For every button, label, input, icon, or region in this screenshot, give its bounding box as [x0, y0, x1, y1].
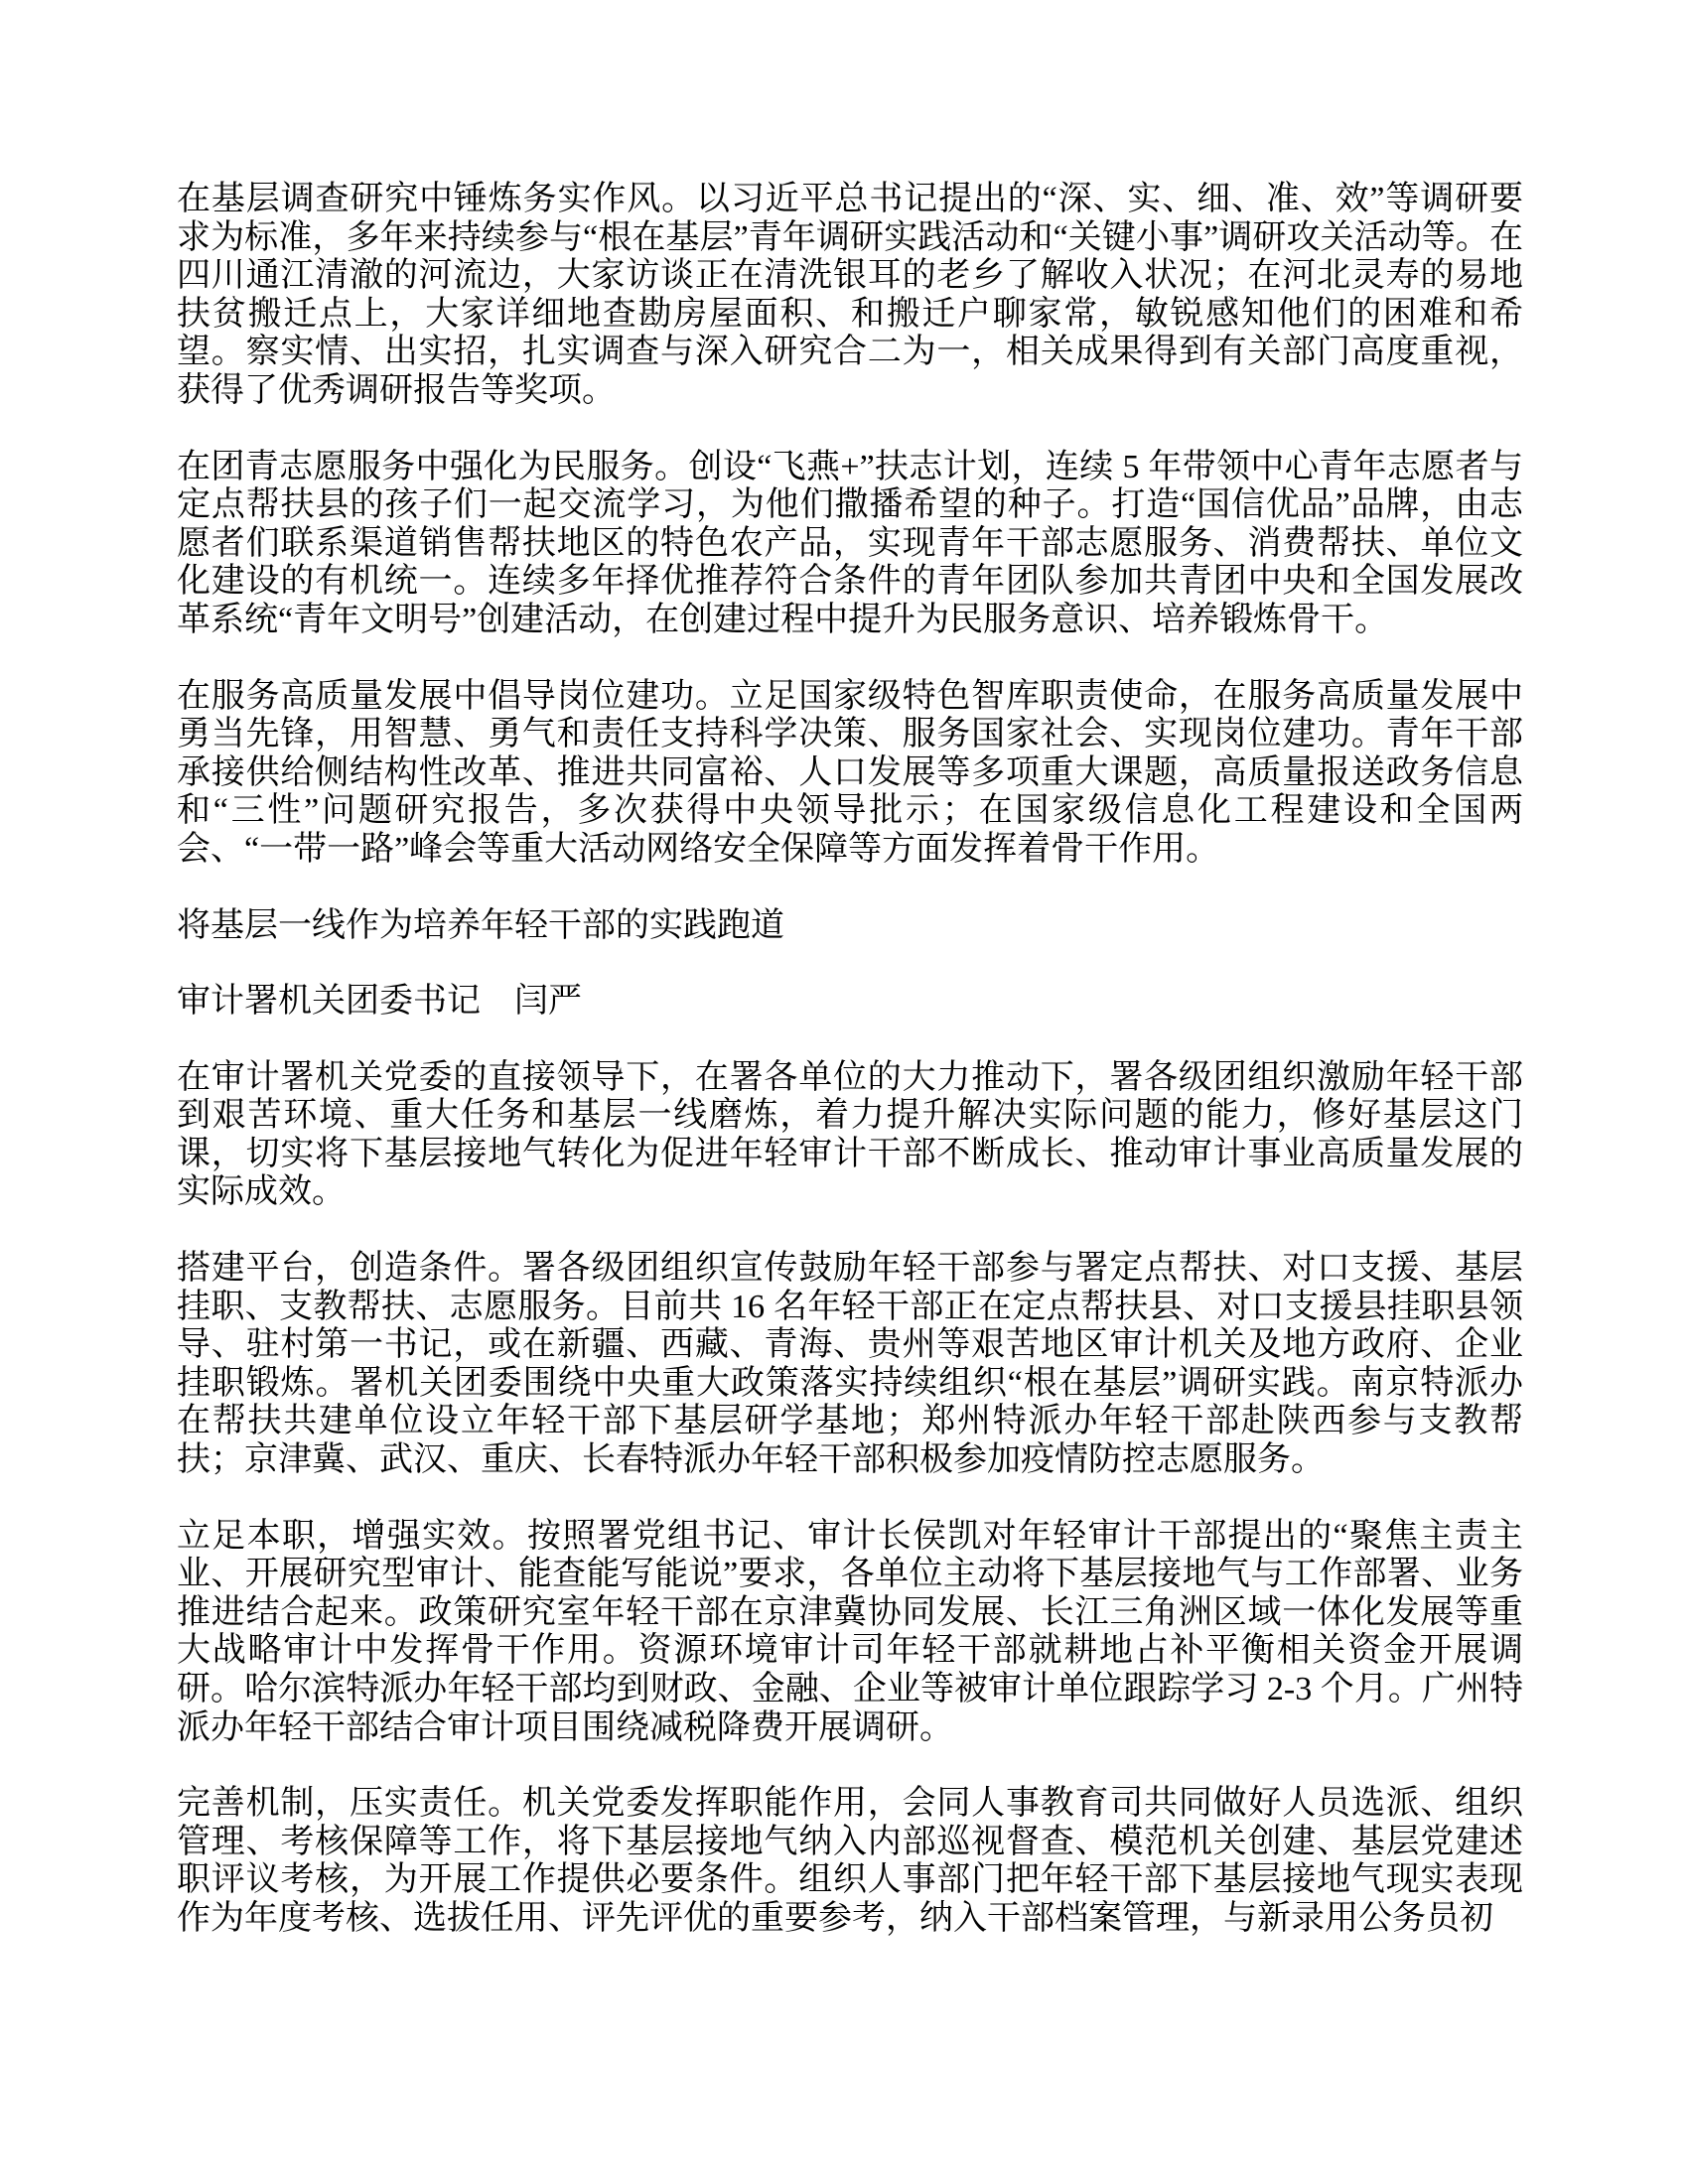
byline: 审计署机关团委书记 闫严 [177, 983, 1523, 1022]
paragraph-job-effectiveness: 立足本职，增强实效。按照署党组书记、审计长侯凯对年轻审计干部提出的“聚焦主责主业… [177, 1518, 1523, 1748]
paragraph-audit-office-leadership: 在审计署机关党委的直接领导下，在署各单位的大力推动下，署各级团组织激励年轻干部到… [177, 1059, 1523, 1212]
paragraph-platform-building: 搭建平台，创造条件。署各级团组织宣传鼓励年轻干部参与署定点帮扶、对口支援、基层挂… [177, 1250, 1523, 1480]
paragraph-mechanism-responsibility: 完善机制，压实责任。机关党委发挥职能作用，会同人事教育司共同做好人员选派、组织管… [177, 1785, 1523, 1938]
section-title: 将基层一线作为培养年轻干部的实践跑道 [177, 907, 1523, 946]
paragraph-grassroots-research: 在基层调查研究中锤炼务实作风。以习近平总书记提出的“深、实、细、准、效”等调研要… [177, 181, 1523, 411]
document-text-block: 在基层调查研究中锤炼务实作风。以习近平总书记提出的“深、实、细、准、效”等调研要… [177, 181, 1523, 1977]
document-page: 在基层调查研究中锤炼务实作风。以习近平总书记提出的“深、实、细、准、效”等调研要… [0, 0, 1688, 2184]
paragraph-high-quality-development: 在服务高质量发展中倡导岗位建功。立足国家级特色智库职责使命，在服务高质量发展中勇… [177, 678, 1523, 870]
paragraph-youth-volunteer-service: 在团青志愿服务中强化为民服务。创设“飞燕+”扶志计划，连续 5 年带领中心青年志… [177, 449, 1523, 640]
